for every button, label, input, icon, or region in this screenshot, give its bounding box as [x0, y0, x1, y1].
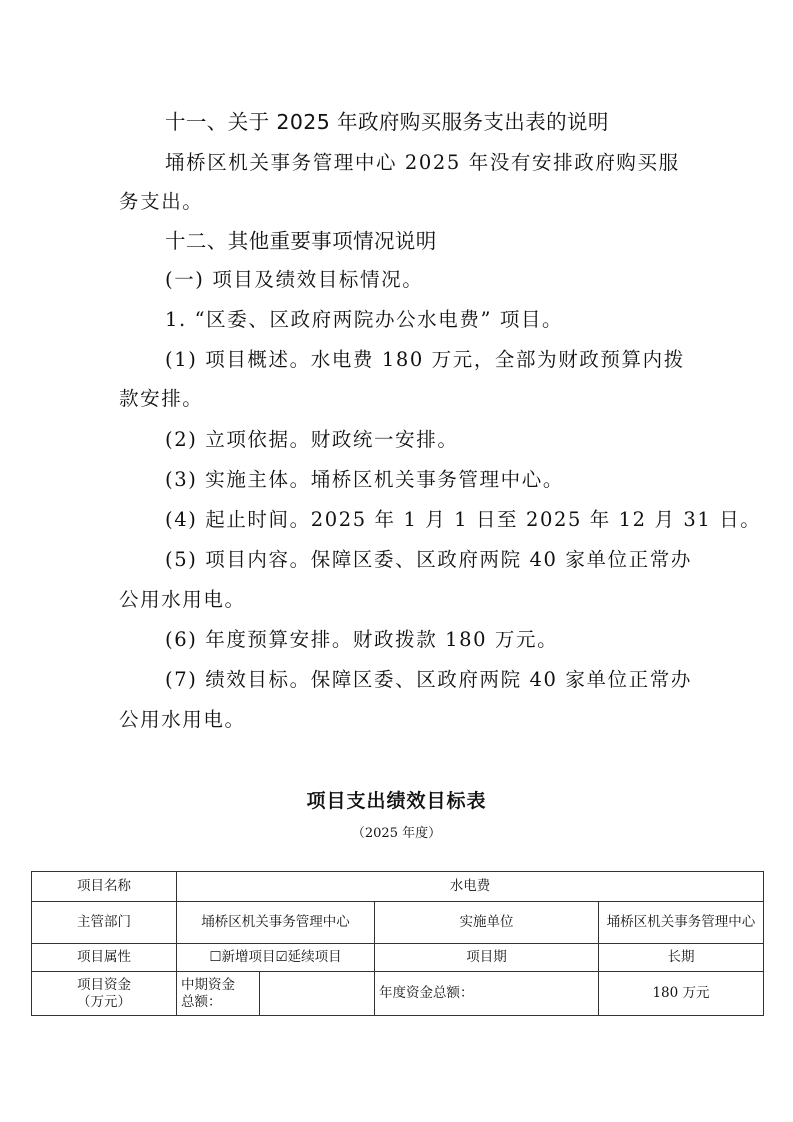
project-name-label: 项目名称	[32, 872, 177, 902]
item-1-line-1: (1) 项目概述。水电费 180 万元，全部为财政预算内拨	[165, 347, 685, 373]
project-attribute-value: ☐新增项目☑延续项目	[177, 944, 375, 972]
table-row: 主管部门 埇桥区机关事务管理中心 实施单位 埇桥区机关事务管理中心	[32, 902, 764, 944]
item-6: (6) 年度预算安排。财政拨款 180 万元。	[165, 627, 558, 653]
item-5-line-2: 公用水用电。	[119, 587, 246, 613]
project-title: 1. “区委、区政府两院办公水电费” 项目。	[165, 307, 563, 333]
table-row: 项目名称 水电费	[32, 872, 764, 902]
project-funds-label: 项目资金 （万元）	[32, 972, 177, 1016]
new-project-label: 新增项目	[222, 949, 276, 965]
project-name-value: 水电费	[177, 872, 764, 902]
implementing-unit-label: 实施单位	[375, 902, 599, 944]
item-7-line-1: (7) 绩效目标。保障区委、区政府两院 40 家单位正常办	[165, 667, 692, 693]
section-12-heading: 十二、其他重要事项情况说明	[165, 228, 437, 254]
table-row: 项目资金 （万元） 中期资金 总额： 年度资金总额： 180 万元	[32, 972, 764, 1016]
item-3: (3) 实施主体。埇桥区机关事务管理中心。	[165, 467, 564, 493]
mid-term-funds-label-line-2: 总额：	[181, 994, 255, 1011]
implementing-unit-value: 埇桥区机关事务管理中心	[599, 902, 764, 944]
section-11-heading: 十一、关于 2025 年政府购买服务支出表的说明	[165, 109, 609, 135]
table-row: 项目属性 ☐新增项目☑延续项目 项目期 长期	[32, 944, 764, 972]
performance-target-table: 项目名称 水电费 主管部门 埇桥区机关事务管理中心 实施单位 埇桥区机关事务管理…	[31, 871, 764, 1016]
mid-term-funds-value	[260, 972, 375, 1016]
department-label: 主管部门	[32, 902, 177, 944]
subsection-heading: (一) 项目及绩效目标情况。	[165, 267, 423, 293]
annual-funds-label: 年度资金总额：	[375, 972, 599, 1016]
annual-funds-value: 180 万元	[599, 972, 764, 1016]
project-attribute-label: 项目属性	[32, 944, 177, 972]
table-title: 项目支出绩效目标表	[0, 786, 793, 813]
item-2: (2) 立项依据。财政统一安排。	[165, 427, 458, 453]
project-period-label: 项目期	[375, 944, 599, 972]
continuing-project-checkbox[interactable]: ☑	[276, 949, 288, 965]
item-1-line-2: 款安排。	[119, 386, 203, 412]
project-funds-label-line-2: （万元）	[36, 994, 172, 1011]
project-period-value: 长期	[599, 944, 764, 972]
item-5-line-1: (5) 项目内容。保障区委、区政府两院 40 家单位正常办	[165, 547, 692, 573]
item-7-line-2: 公用水用电。	[119, 707, 246, 733]
table-subtitle: （2025 年度）	[0, 822, 793, 841]
new-project-checkbox[interactable]: ☐	[209, 949, 221, 965]
mid-term-funds-label-line-1: 中期资金	[181, 977, 255, 994]
item-4: (4) 起止时间。2025 年 1 月 1 日至 2025 年 12 月 31 …	[165, 507, 761, 533]
mid-term-funds-label: 中期资金 总额：	[177, 972, 260, 1016]
section-11-paragraph-line-1: 埇桥区机关事务管理中心 2025 年没有安排政府购买服	[165, 150, 680, 176]
department-value: 埇桥区机关事务管理中心	[177, 902, 375, 944]
section-11-paragraph-line-2: 务支出。	[119, 189, 203, 215]
project-funds-label-line-1: 项目资金	[36, 977, 172, 994]
continuing-project-label: 延续项目	[288, 949, 342, 965]
